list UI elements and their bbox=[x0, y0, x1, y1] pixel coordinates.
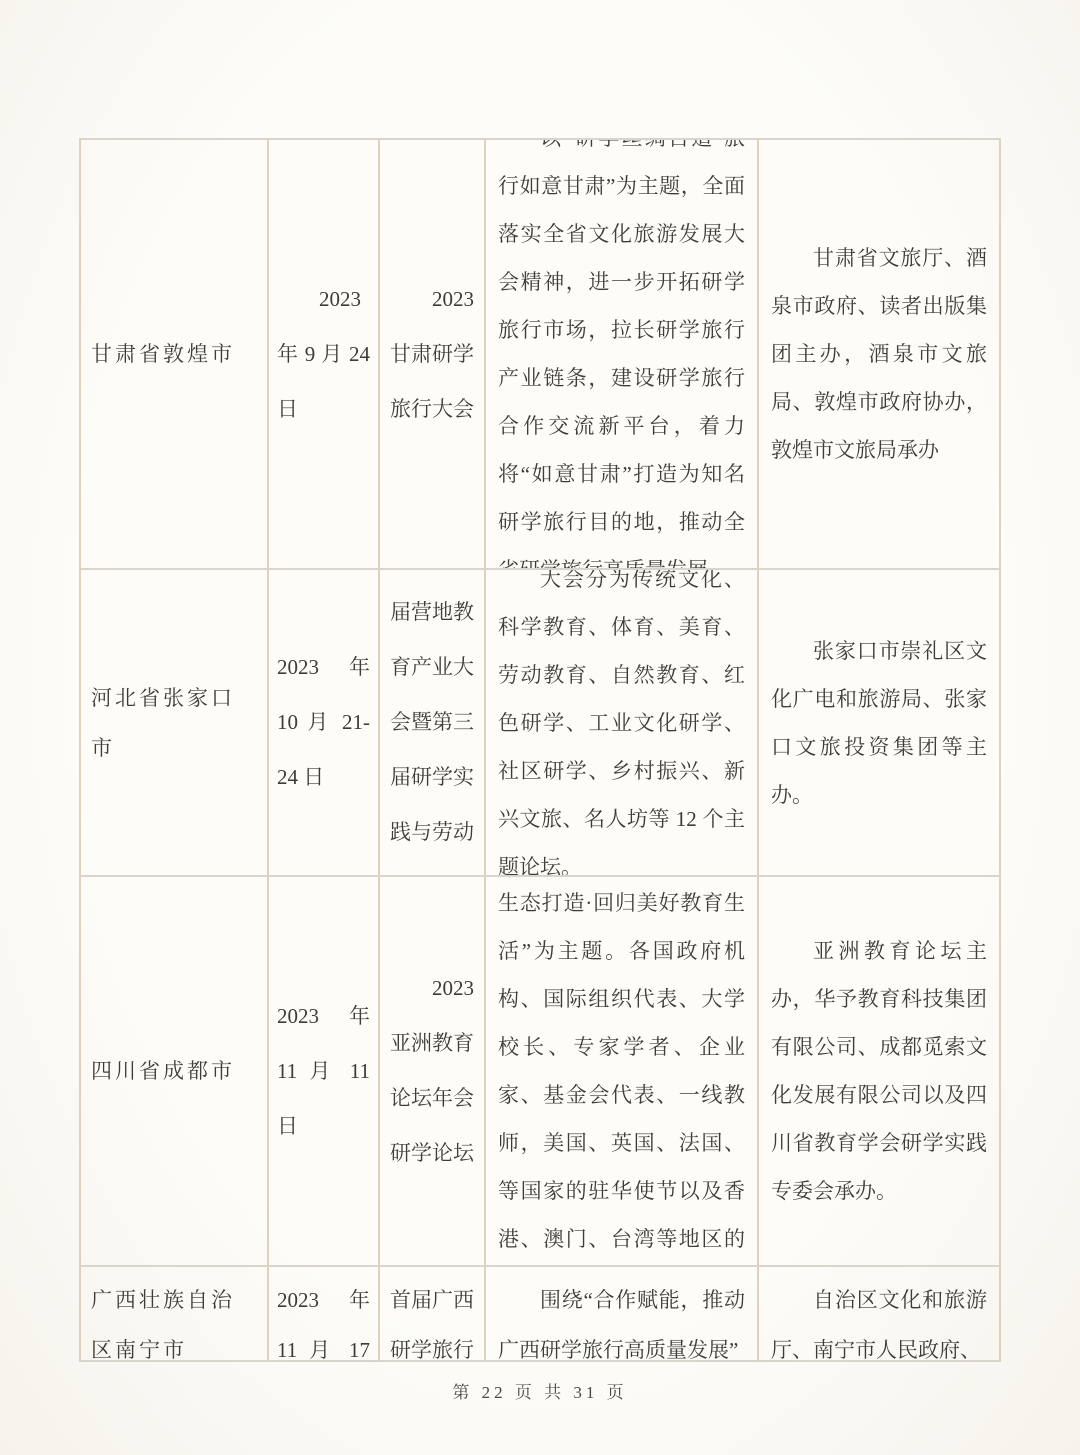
cell-description: 研学论坛以“聚焦研学生态打造·回归美好教育生活”为主题。各国政府机构、国际组织代… bbox=[486, 877, 759, 1267]
cell-description: 大会分为传统文化、科学教育、体育、美育、劳动教育、自然教育、红色研学、工业文化研… bbox=[486, 570, 759, 877]
cell-date: 2023 年 11 月 11 日 bbox=[269, 877, 380, 1267]
date-text: 2023 年 9 月 24 日 bbox=[277, 272, 370, 437]
cell-location: 甘肃省敦煌市 bbox=[81, 140, 269, 570]
organizers-text: 甘肃省文旅厅、酒泉市政府、读者出版集团主办，酒泉市文旅局、敦煌市政府协办，敦煌市… bbox=[771, 234, 987, 474]
cell-organizers: 自治区文化和旅游厅、南宁市人民政府、 bbox=[759, 1267, 1001, 1362]
event-text: 2023 甘肃研学旅行大会 bbox=[390, 272, 474, 437]
date-text: 2023 年 11 月 17 日 bbox=[277, 1275, 370, 1362]
event-text: 首届广西研学旅行 bbox=[390, 1275, 474, 1362]
location-text: 广西壮族自治区南宁市 bbox=[91, 1275, 257, 1362]
cell-organizers: 亚洲教育论坛主办，华予教育科技集团有限公司、成都觅索文化发展有限公司以及四川省教… bbox=[759, 877, 1001, 1267]
location-text: 四川省成都市 bbox=[91, 1046, 257, 1096]
cell-description: 围绕“合作赋能，推动广西研学旅行高质量发展” bbox=[486, 1267, 759, 1362]
description-text: 围绕“合作赋能，推动广西研学旅行高质量发展” bbox=[498, 1275, 745, 1362]
cell-event: 2023 亚洲教育论坛年会研学论坛 bbox=[380, 877, 486, 1267]
event-text: 2023 亚洲教育论坛年会研学论坛 bbox=[390, 961, 474, 1181]
cell-event: 第四届营地教育产业大会暨第三届研学实践与劳动教育峰会 bbox=[380, 570, 486, 877]
cell-event: 2023 甘肃研学旅行大会 bbox=[380, 140, 486, 570]
cell-organizers: 张家口市崇礼区文化广电和旅游局、张家口文旅投资集团等主办。 bbox=[759, 570, 1001, 877]
date-text: 2023 年 10 月 21-24 日 bbox=[277, 640, 370, 805]
cell-event: 首届广西研学旅行 bbox=[380, 1267, 486, 1362]
cell-location: 河北省张家口市 bbox=[81, 570, 269, 877]
cell-date: 2023 年 9 月 24 日 bbox=[269, 140, 380, 570]
cell-date: 2023 年 11 月 17 日 bbox=[269, 1267, 380, 1362]
events-table: 甘肃省敦煌市 2023 年 9 月 24 日 2023 甘肃研学旅行大会 以“研… bbox=[79, 138, 1001, 1362]
description-text: 以“研学丝绸古道·旅行如意甘肃”为主题，全面落实全省文化旅游发展大会精神，进一步… bbox=[498, 140, 745, 570]
page-number: 第 22 页 共 31 页 bbox=[0, 1378, 1080, 1403]
event-text: 第四届营地教育产业大会暨第三届研学实践与劳动教育峰会 bbox=[390, 570, 474, 877]
cell-organizers: 甘肃省文旅厅、酒泉市政府、读者出版集团主办，酒泉市文旅局、敦煌市政府协办，敦煌市… bbox=[759, 140, 1001, 570]
document-page: 甘肃省敦煌市 2023 年 9 月 24 日 2023 甘肃研学旅行大会 以“研… bbox=[0, 0, 1080, 1455]
cell-description: 以“研学丝绸古道·旅行如意甘肃”为主题，全面落实全省文化旅游发展大会精神，进一步… bbox=[486, 140, 759, 570]
location-text: 甘肃省敦煌市 bbox=[91, 329, 257, 379]
description-text: 大会分为传统文化、科学教育、体育、美育、劳动教育、自然教育、红色研学、工业文化研… bbox=[498, 570, 745, 877]
organizers-text: 自治区文化和旅游厅、南宁市人民政府、 bbox=[771, 1275, 987, 1362]
organizers-text: 张家口市崇礼区文化广电和旅游局、张家口文旅投资集团等主办。 bbox=[771, 627, 987, 819]
description-text: 研学论坛以“聚焦研学生态打造·回归美好教育生活”为主题。各国政府机构、国际组织代… bbox=[498, 877, 745, 1267]
location-text: 河北省张家口市 bbox=[91, 673, 257, 773]
cell-date: 2023 年 10 月 21-24 日 bbox=[269, 570, 380, 877]
cell-location: 广西壮族自治区南宁市 bbox=[81, 1267, 269, 1362]
date-text: 2023 年 11 月 11 日 bbox=[277, 989, 370, 1154]
organizers-text: 亚洲教育论坛主办，华予教育科技集团有限公司、成都觅索文化发展有限公司以及四川省教… bbox=[771, 927, 987, 1215]
cell-location: 四川省成都市 bbox=[81, 877, 269, 1267]
